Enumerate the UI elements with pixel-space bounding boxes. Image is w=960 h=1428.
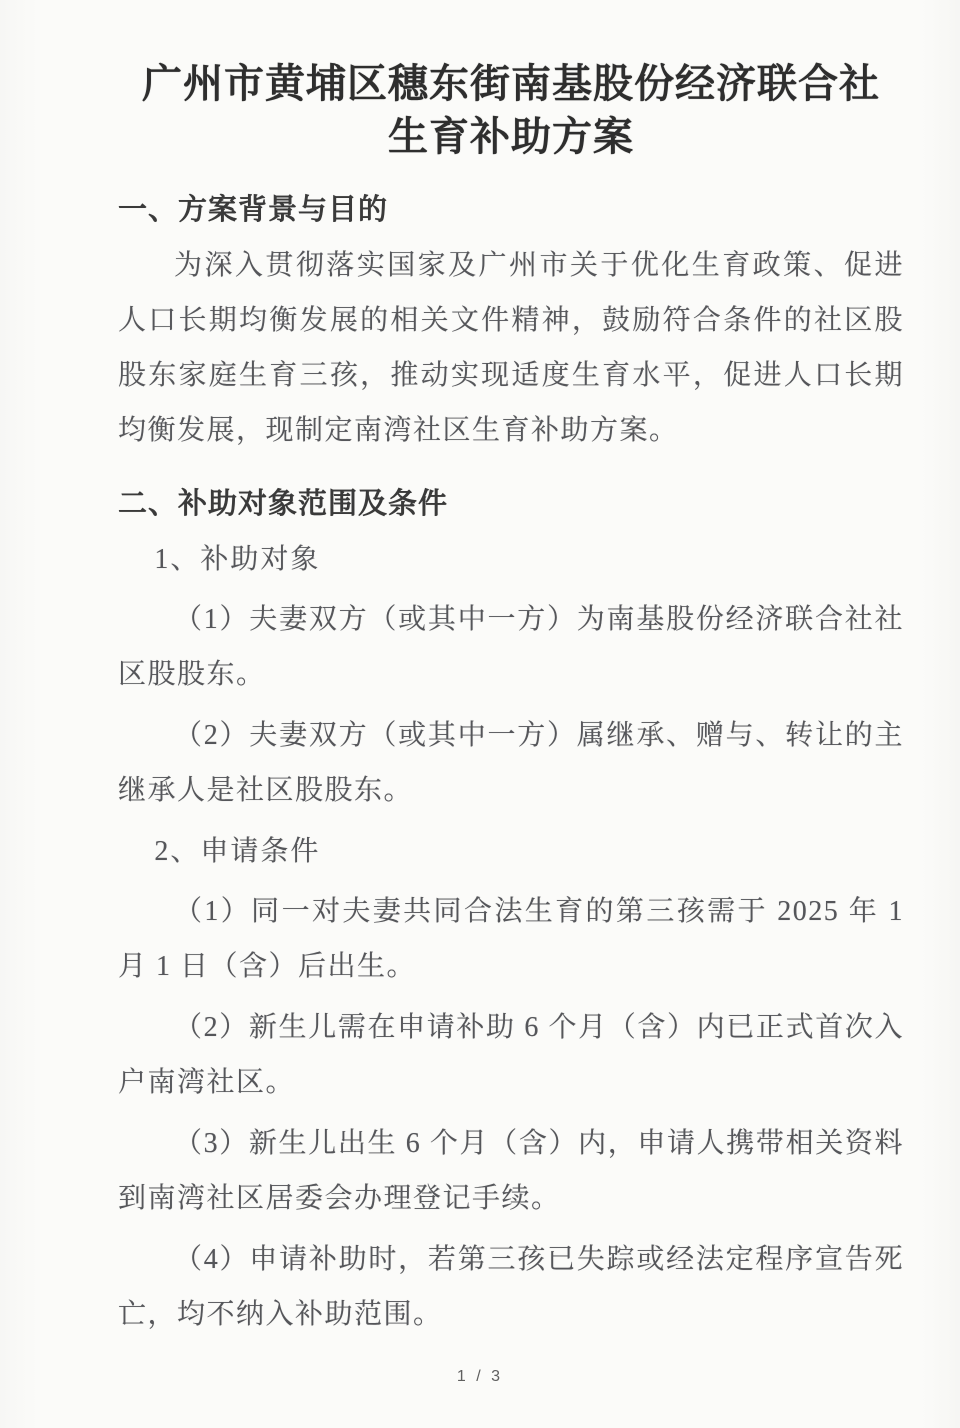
document-title-line1: 广州市黄埔区穗东街南基股份经济联合社 [118, 58, 904, 111]
application-condition-item-2: （2）新生儿需在申请补助 6 个月（含）内已正式首次入户南湾社区。 [118, 1000, 904, 1110]
subsection-heading-application-conditions: 2、申请条件 [118, 826, 904, 878]
section-heading-background-purpose: 一、方案背景与目的 [118, 188, 904, 232]
page-number: 1 / 3 [0, 1368, 960, 1386]
application-condition-item-1: （1）同一对夫妻共同合法生育的第三孩需于 2025 年 1 月 1 日（含）后出… [118, 884, 904, 994]
section-heading-subsidy-scope-conditions: 二、补助对象范围及条件 [118, 482, 904, 526]
document-title: 广州市黄埔区穗东街南基股份经济联合社 生育补助方案 [118, 58, 904, 164]
document-page: 广州市黄埔区穗东街南基股份经济联合社 生育补助方案 一、方案背景与目的 为深入贯… [0, 0, 960, 1428]
subsection-heading-subsidy-targets: 1、补助对象 [118, 534, 904, 586]
background-paragraph: 为深入贯彻落实国家及广州市关于优化生育政策、促进人口长期均衡发展的相关文件精神，… [118, 238, 904, 458]
subsidy-target-item-1: （1）夫妻双方（或其中一方）为南基股份经济联合社社区股股东。 [118, 592, 904, 702]
application-condition-item-4: （4）申请补助时，若第三孩已失踪或经法定程序宣告死亡，均不纳入补助范围。 [118, 1232, 904, 1342]
application-condition-item-3: （3）新生儿出生 6 个月（含）内，申请人携带相关资料到南湾社区居委会办理登记手… [118, 1116, 904, 1226]
document-title-line2: 生育补助方案 [118, 111, 904, 164]
subsidy-target-item-2: （2）夫妻双方（或其中一方）属继承、赠与、转让的主继承人是社区股股东。 [118, 708, 904, 818]
